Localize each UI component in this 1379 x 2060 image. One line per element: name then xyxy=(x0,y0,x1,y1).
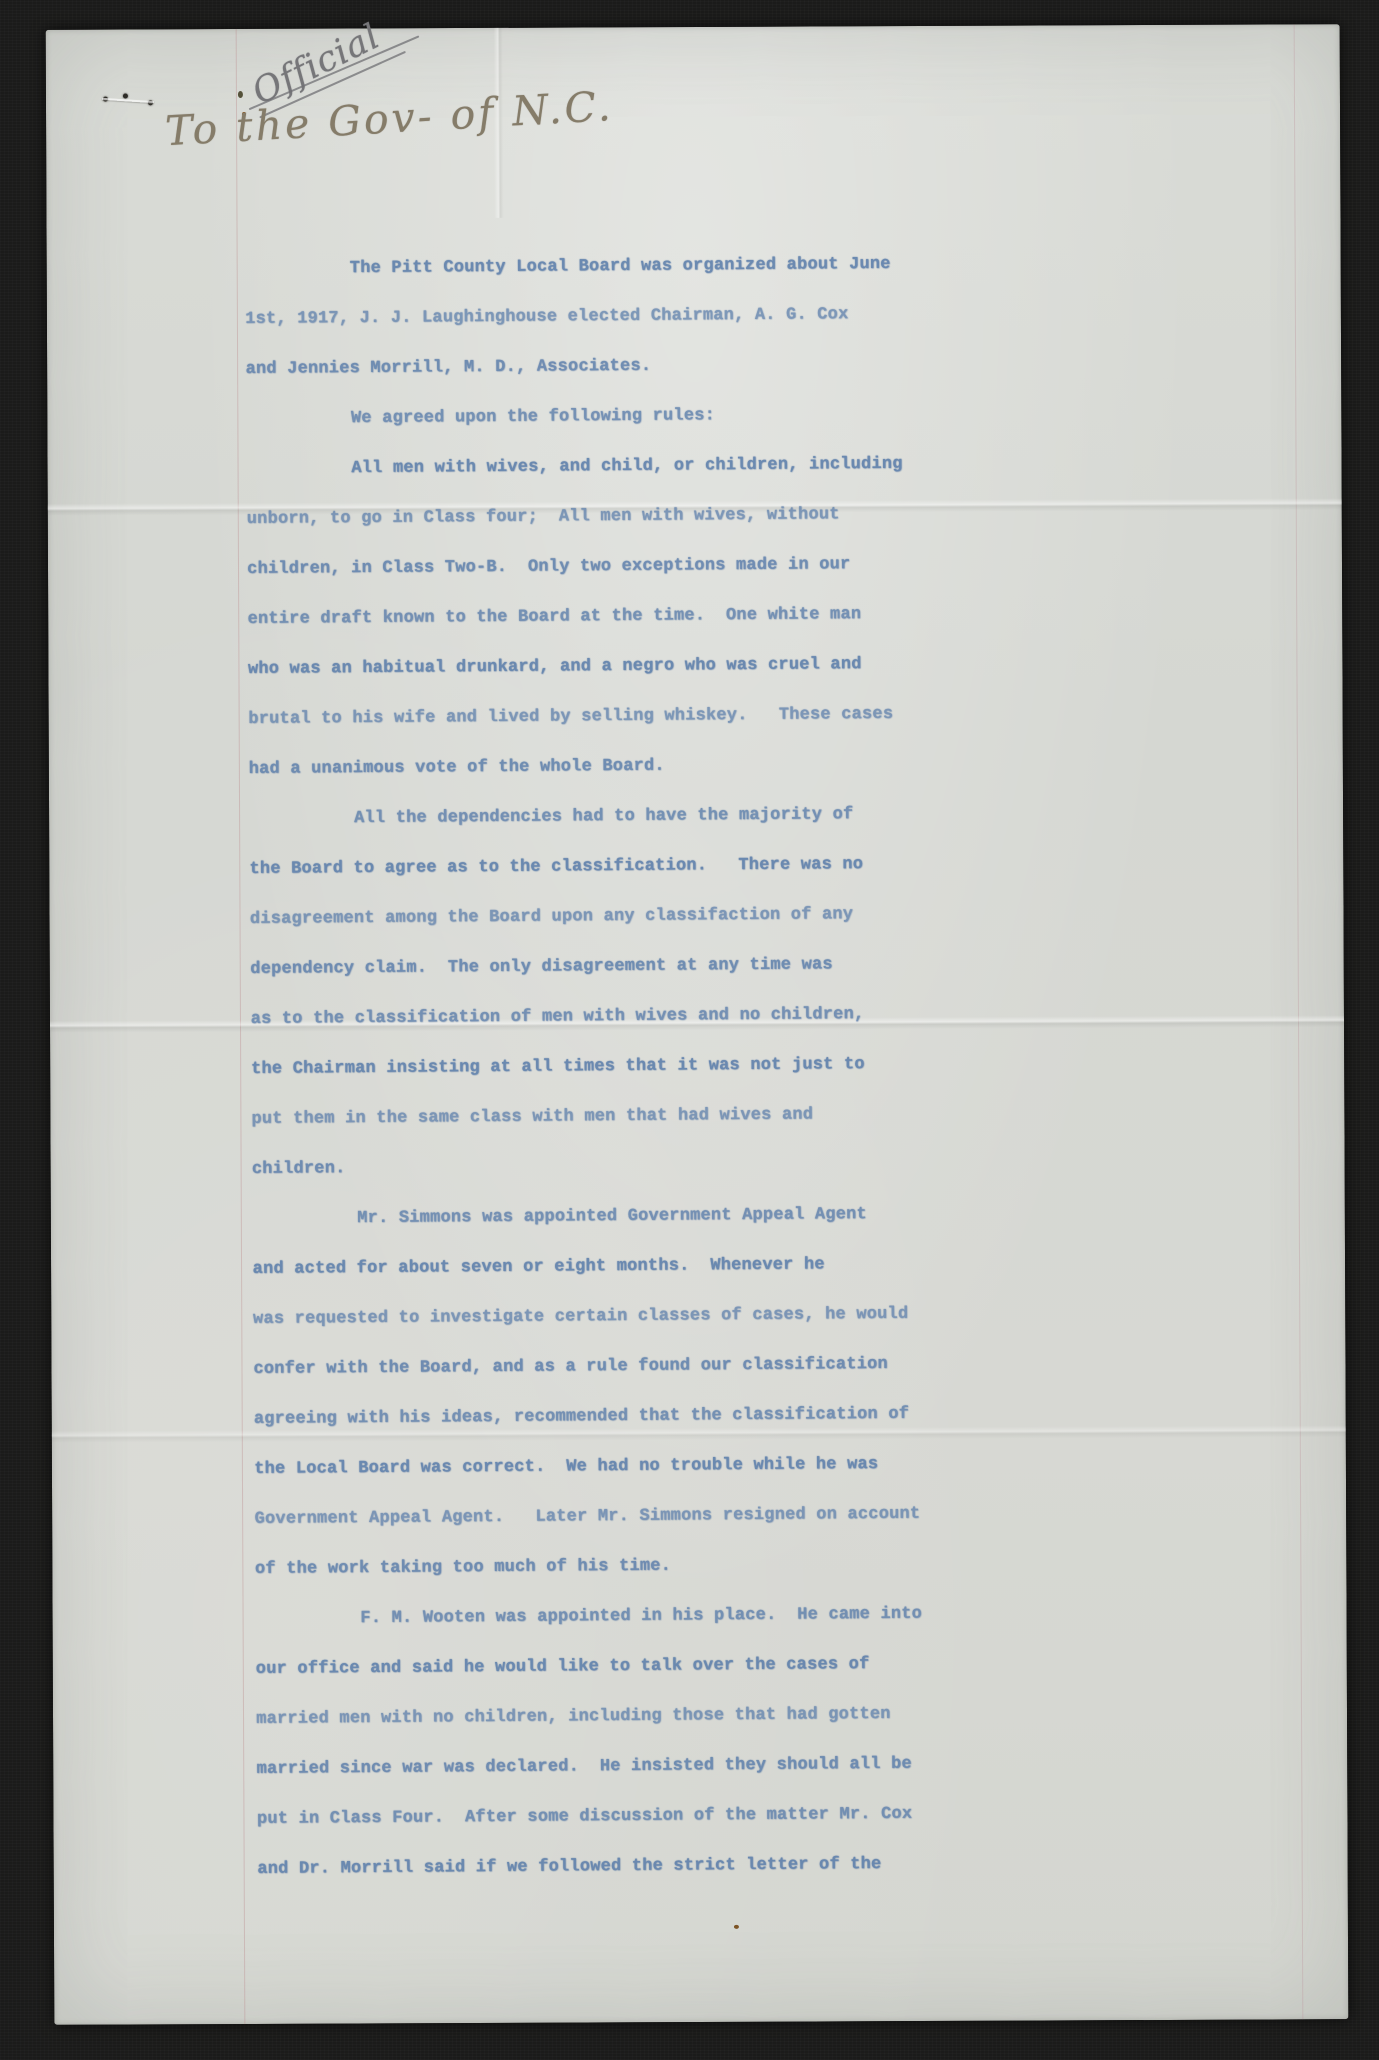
typed-line: and acted for about seven or eight month… xyxy=(252,1237,1232,1295)
handwritten-address-note: To the Gov- of N.C. xyxy=(164,82,615,155)
typed-line: the Board to agree as to the classificat… xyxy=(249,837,1229,895)
typed-line: put in Class Four. After some discussion… xyxy=(257,1787,1237,1845)
paper-speck xyxy=(734,1925,739,1929)
pin-hole xyxy=(123,93,128,98)
typed-line: Mr. Simmons was appointed Government App… xyxy=(252,1187,1232,1245)
paper-speck xyxy=(238,91,243,98)
typed-letter-body: The Pitt County Local Board was organize… xyxy=(245,237,1238,1895)
typed-line: married since war was declared. He insis… xyxy=(256,1737,1236,1795)
typed-line: married men with no children, including … xyxy=(256,1687,1236,1745)
typed-line: We agreed upon the following rules: xyxy=(246,387,1226,445)
typed-line: who was an habitual drunkard, and a negr… xyxy=(248,637,1228,695)
letter-page: Official To the Gov- of N.C. The Pitt Co… xyxy=(46,24,1349,2025)
typed-line: All men with wives, and child, or childr… xyxy=(246,437,1226,495)
typed-line: as to the classification of men with wiv… xyxy=(250,987,1230,1045)
typed-line: children, in Class Two-B. Only two excep… xyxy=(247,537,1227,595)
typed-line: and Dr. Morrill said if we followed the … xyxy=(257,1837,1237,1895)
typed-line: the Local Board was correct. We had no t… xyxy=(254,1437,1234,1495)
typed-line: F. M. Wooten was appointed in his place.… xyxy=(255,1587,1235,1645)
typed-line: The Pitt County Local Board was organize… xyxy=(245,237,1225,295)
pin-scratch xyxy=(102,98,154,103)
typed-line: of the work taking too much of his time. xyxy=(255,1537,1235,1595)
address-note-text: To the Gov- of N.C. xyxy=(164,82,615,155)
typed-line: and Jennies Morrill, M. D., Associates. xyxy=(245,337,1225,395)
typed-line: brutal to his wife and lived by selling … xyxy=(248,687,1228,745)
typed-line: entire draft known to the Board at the t… xyxy=(247,587,1227,645)
typed-line: disagreement among the Board upon any cl… xyxy=(250,887,1230,945)
typed-line: agreeing with his ideas, recommended tha… xyxy=(254,1387,1234,1445)
typed-line: had a unanimous vote of the whole Board. xyxy=(249,737,1229,795)
typed-line: All the dependencies had to have the maj… xyxy=(249,787,1229,845)
typed-line: put them in the same class with men that… xyxy=(251,1087,1231,1145)
typed-line: children. xyxy=(252,1137,1232,1195)
typed-line: our office and said he would like to tal… xyxy=(256,1637,1236,1695)
typed-line: the Chairman insisting at all times that… xyxy=(251,1037,1231,1095)
typed-line: dependency claim. The only disagreement … xyxy=(250,937,1230,995)
typed-line: 1st, 1917, J. J. Laughinghouse elected C… xyxy=(245,287,1225,345)
typed-line: unborn, to go in Class four; All men wit… xyxy=(247,487,1227,545)
typed-line: confer with the Board, and as a rule fou… xyxy=(253,1337,1233,1395)
scan-background-mat: Official To the Gov- of N.C. The Pitt Co… xyxy=(0,0,1379,2060)
typed-line: Government Appeal Agent. Later Mr. Simmo… xyxy=(254,1487,1234,1545)
typed-line: was requested to investigate certain cla… xyxy=(253,1287,1233,1345)
